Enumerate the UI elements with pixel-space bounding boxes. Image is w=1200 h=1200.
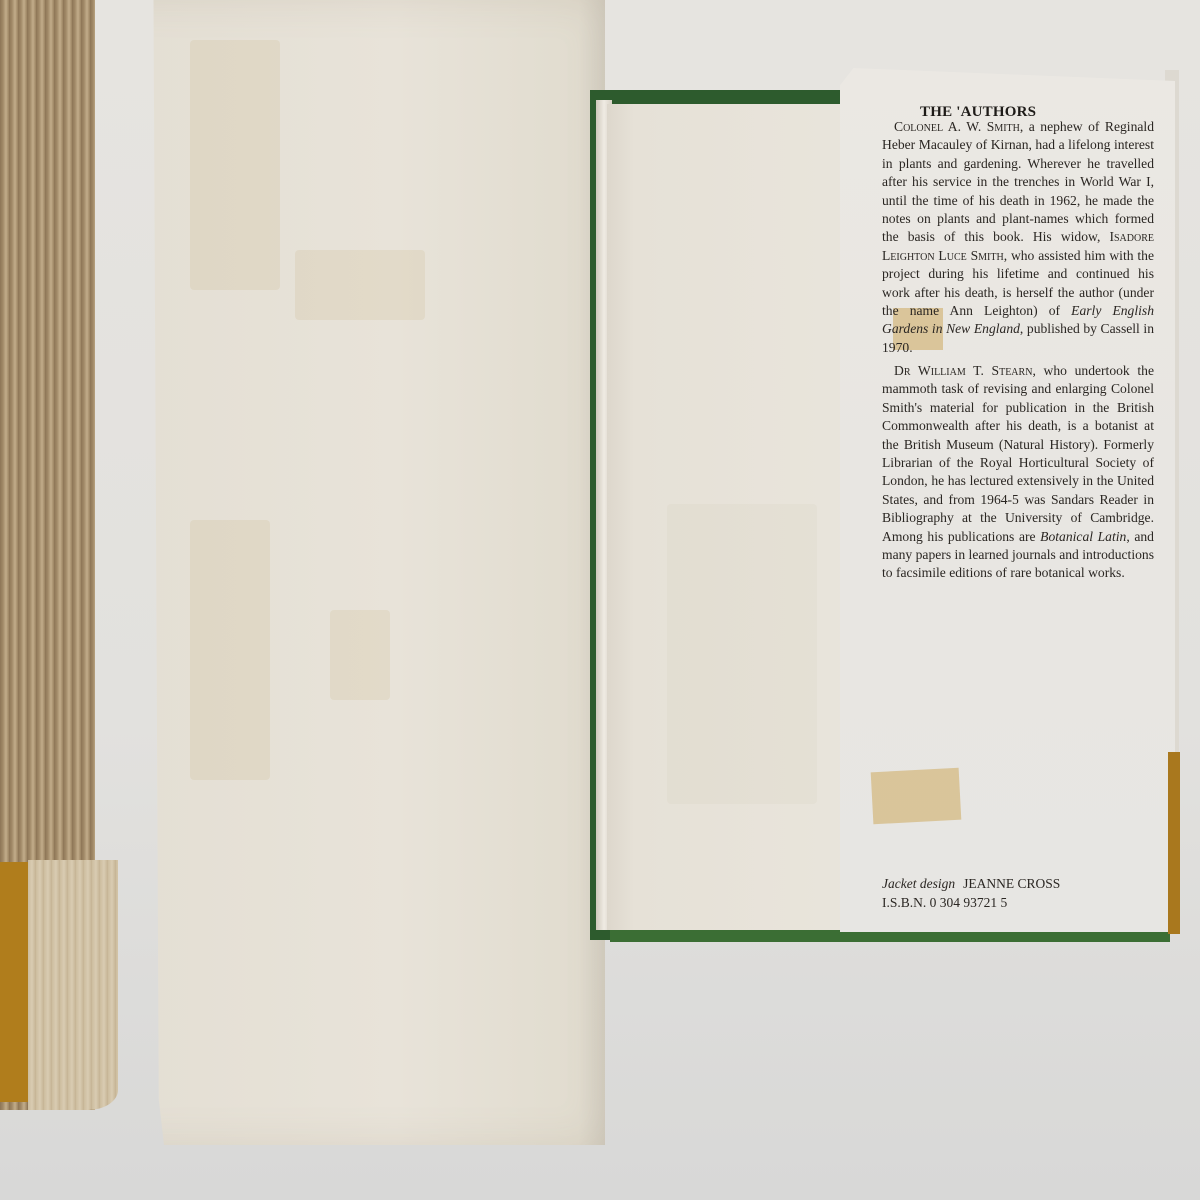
page-block-lower-edge [28, 860, 118, 1110]
author-paragraph-smith: Colonel A. W. Smith, a nephew of Reginal… [882, 118, 1154, 357]
foxing-stain [330, 610, 390, 700]
book-title: Botanical Latin [1040, 529, 1126, 544]
shadow-stain [667, 504, 817, 804]
author-name: Dr William T. Stearn [894, 363, 1032, 378]
author-name: Colonel A. W. Smith [894, 119, 1020, 134]
designer-name: JEANNE CROSS [963, 876, 1060, 891]
foxing-stain [190, 40, 280, 290]
free-endpaper [80, 0, 605, 1145]
isbn: I.S.B.N. 0 304 93721 5 [882, 893, 1060, 912]
tape-residue [871, 768, 962, 825]
jacket-credit: Jacket designJEANNE CROSS I.S.B.N. 0 304… [882, 874, 1060, 912]
foxing-stain [190, 520, 270, 780]
author-paragraph-stearn: Dr William T. Stearn, who undertook the … [882, 362, 1154, 583]
pastedown-endpaper [607, 104, 877, 930]
jacket-spine-strip-left [0, 862, 28, 1102]
credit-label: Jacket design [882, 876, 955, 891]
jacket-spine-strip-right [1168, 752, 1180, 934]
foxing-stain [295, 250, 425, 320]
